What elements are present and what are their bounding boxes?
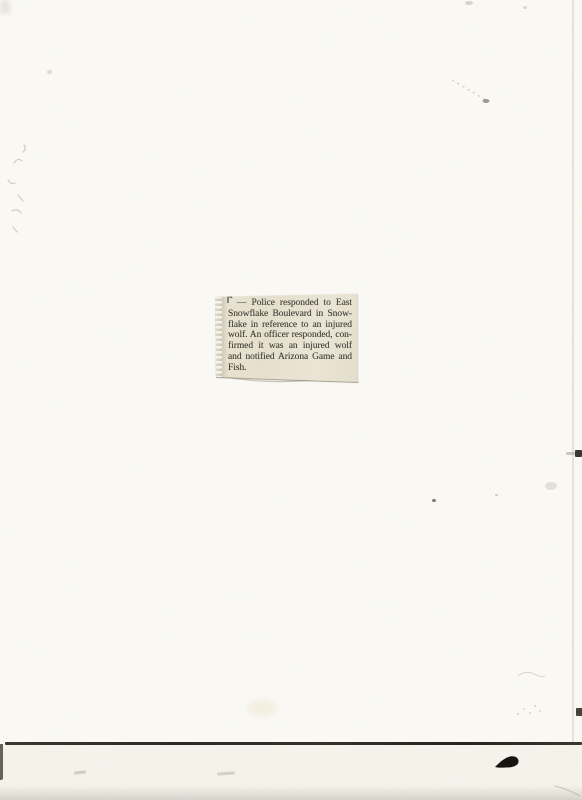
page-bottom-edge-line (5, 742, 582, 745)
paper-speck (47, 70, 52, 74)
clipping-line: flake in reference to an injured (228, 320, 352, 331)
paper-speck (432, 499, 436, 502)
paper-speck (465, 1, 473, 5)
lower-right-scribble (516, 666, 548, 688)
clipping-text: — Police responded to EastSnowflake Boul… (228, 298, 352, 374)
right-edge-mark-lower (576, 708, 582, 716)
ink-blob (492, 754, 522, 772)
left-edge-sliver (0, 744, 3, 780)
newspaper-clipping: — Police responded to EastSnowflake Boul… (215, 294, 357, 382)
clipping-line: and notified Arizona Game and (228, 352, 352, 363)
bottom-shadow-fade (0, 786, 582, 800)
stain (247, 700, 277, 716)
right-smudge (545, 482, 557, 490)
clipping-line: firmed it was an injured wolf (228, 341, 352, 352)
lower-right-dots (514, 700, 544, 720)
clipping-line: Fish. (228, 363, 352, 374)
paper-speck (523, 6, 527, 9)
paper-speck (495, 494, 498, 496)
clipping-line: wolf. An officer responded, con- (228, 330, 352, 341)
clipping-torn-edge (215, 296, 222, 377)
clipping-paper: — Police responded to EastSnowflake Boul… (215, 294, 357, 382)
clipping-line: Snowflake Boulevard in Snow- (228, 309, 352, 320)
clipping-line: — Police responded to East (228, 298, 352, 309)
paper-grain (0, 0, 582, 800)
scratch-mark (448, 74, 496, 108)
corner-shade (0, 0, 10, 14)
right-edge-mark-tail (566, 452, 575, 455)
page-edge-line (572, 0, 574, 743)
pencil-scribbles (0, 135, 40, 240)
scanned-page: — Police responded to EastSnowflake Boul… (0, 0, 582, 800)
right-edge-mark (575, 450, 582, 457)
